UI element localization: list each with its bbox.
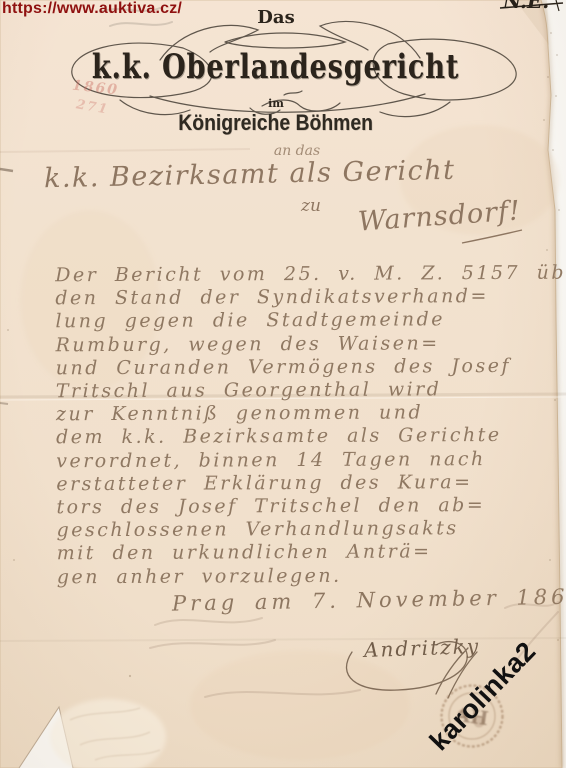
signature: Andritzky — [364, 634, 481, 662]
handwritten-line: geschlossenen Verhandlungsakts — [56, 517, 556, 543]
handwritten-line: verordnet, binnen 14 Tagen nach — [56, 447, 556, 473]
handwritten-line: Tritschl aus Georgenthal wird — [56, 378, 556, 404]
handwritten-line: dem k.k. Bezirksamte als Gerichte — [56, 424, 556, 450]
handwritten-line: lung gegen die Stadtgemeinde — [55, 308, 555, 334]
letterhead-title-text: k.k. Oberlandesgericht — [92, 47, 459, 87]
handwritten-line: den Stand der Syndikatsverhand= — [55, 285, 555, 311]
handwritten-line: erstatteter Erklärung des Kura= — [56, 471, 556, 497]
letterhead-subtitle: Königreiche Böhmen — [0, 110, 552, 136]
letter-body: Der Bericht vom 25. v. M. Z. 5157 über d… — [55, 262, 557, 589]
handwritten-line: zur Kenntniß genommen und — [56, 401, 556, 427]
letterhead-title: k.k. Oberlandesgericht — [0, 47, 552, 87]
handwritten-line: Der Bericht vom 25. v. M. Z. 5157 über — [55, 262, 555, 288]
address-salutation: an das — [14, 143, 566, 159]
handwritten-line: tors des Josef Tritschel den ab= — [56, 494, 556, 520]
document-number-label: N.E. — [503, 0, 549, 13]
handwritten-line: und Curanden Vermögens des Josef — [56, 355, 556, 381]
handwritten-line: Rumburg, wegen des Waisen= — [56, 331, 556, 357]
scanned-letter-page: AH Das k.k. Oberlandesgericht im Königre… — [0, 0, 566, 768]
address-preposition: zu — [301, 196, 321, 216]
handwritten-line: mit den urkundlichen Anträ= — [57, 540, 557, 566]
letterhead-subtitle-text: Königreiche Böhmen — [179, 110, 374, 136]
auction-site-url: https://www.auktiva.cz/ — [2, 0, 182, 18]
letterhead-connector: im — [0, 97, 552, 110]
